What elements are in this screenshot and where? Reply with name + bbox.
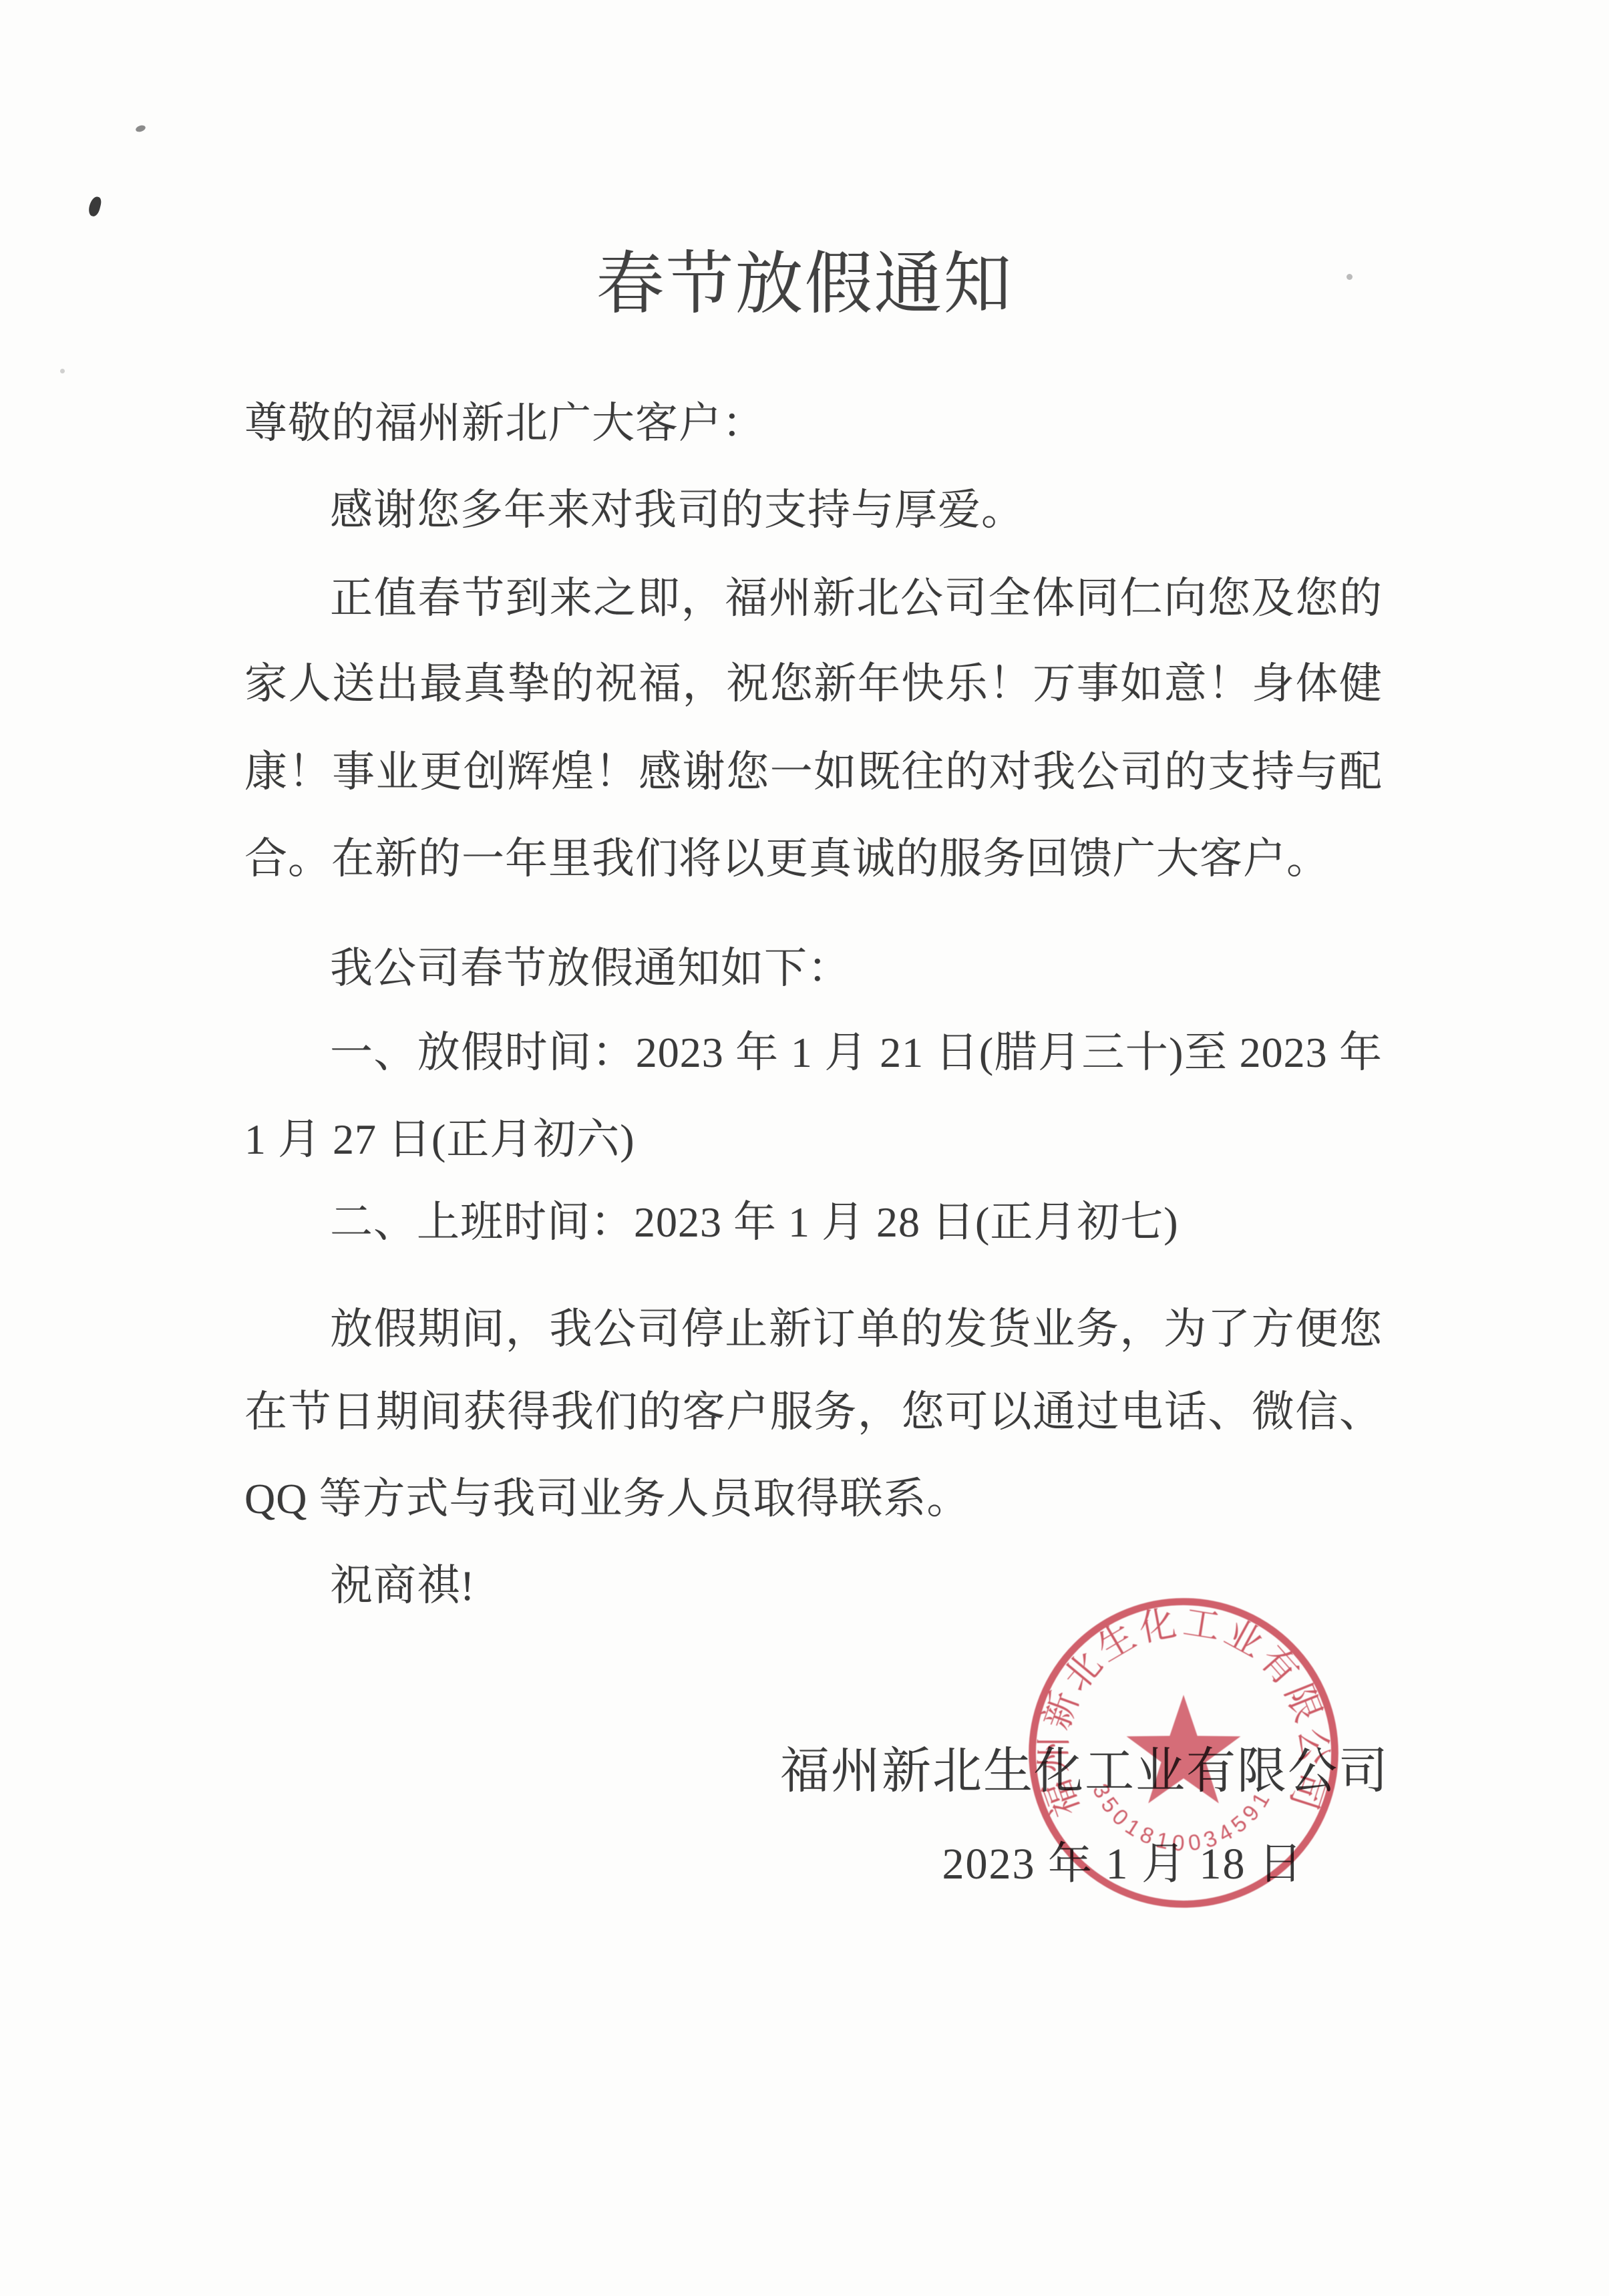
svg-text:3501810034591: 3501810034591 [1087,1780,1277,1856]
company-seal-stamp: 福州新北生化工业有限公司 3501810034591 [1021,1589,1347,1917]
body-line: 1 月 27 日(正月初六) [244,1116,1383,1164]
body-line: 合。在新的一年里我们将以更真诚的服务回馈广大客户。 [244,835,1383,883]
seal-serial-number: 3501810034591 [1087,1780,1277,1856]
body-line: 正值春节到来之即，福州新北公司全体同仁向您及您的 [244,575,1383,623]
scanned-notice-page: 春节放假通知 尊敬的福州新北广大客户：感谢您多年来对我司的支持与厚爱。正值春节到… [0,0,1609,2296]
body-line: 康！事业更创辉煌！感谢您一如既往的对我公司的支持与配 [244,748,1383,796]
body-line: 我公司春节放假通知如下： [244,945,1383,993]
body-line: 一、放假时间：2023 年 1 月 21 日(腊月三十)至 2023 年 [244,1029,1383,1077]
seal-star-icon [1127,1695,1241,1803]
body-line: 在节日期间获得我们的客户服务，您可以通过电话、微信、 [244,1388,1383,1436]
body-line: 感谢您多年来对我司的支持与厚爱。 [244,486,1383,534]
scan-speck [60,369,65,373]
body-line: 家人送出最真挚的祝福，祝您新年快乐！万事如意！身体健 [244,660,1383,708]
body-line: 尊敬的福州新北广大客户： [244,399,1383,448]
page-title: 春节放假通知 [0,230,1609,327]
scan-speck [87,196,103,218]
body-line: 放假期间，我公司停止新订单的发货业务，为了方便您 [244,1305,1383,1353]
body-line: 二、上班时间：2023 年 1 月 28 日(正月初七) [244,1198,1383,1247]
body-line: QQ 等方式与我司业务人员取得联系。 [244,1475,1383,1523]
scan-speck [135,124,146,133]
